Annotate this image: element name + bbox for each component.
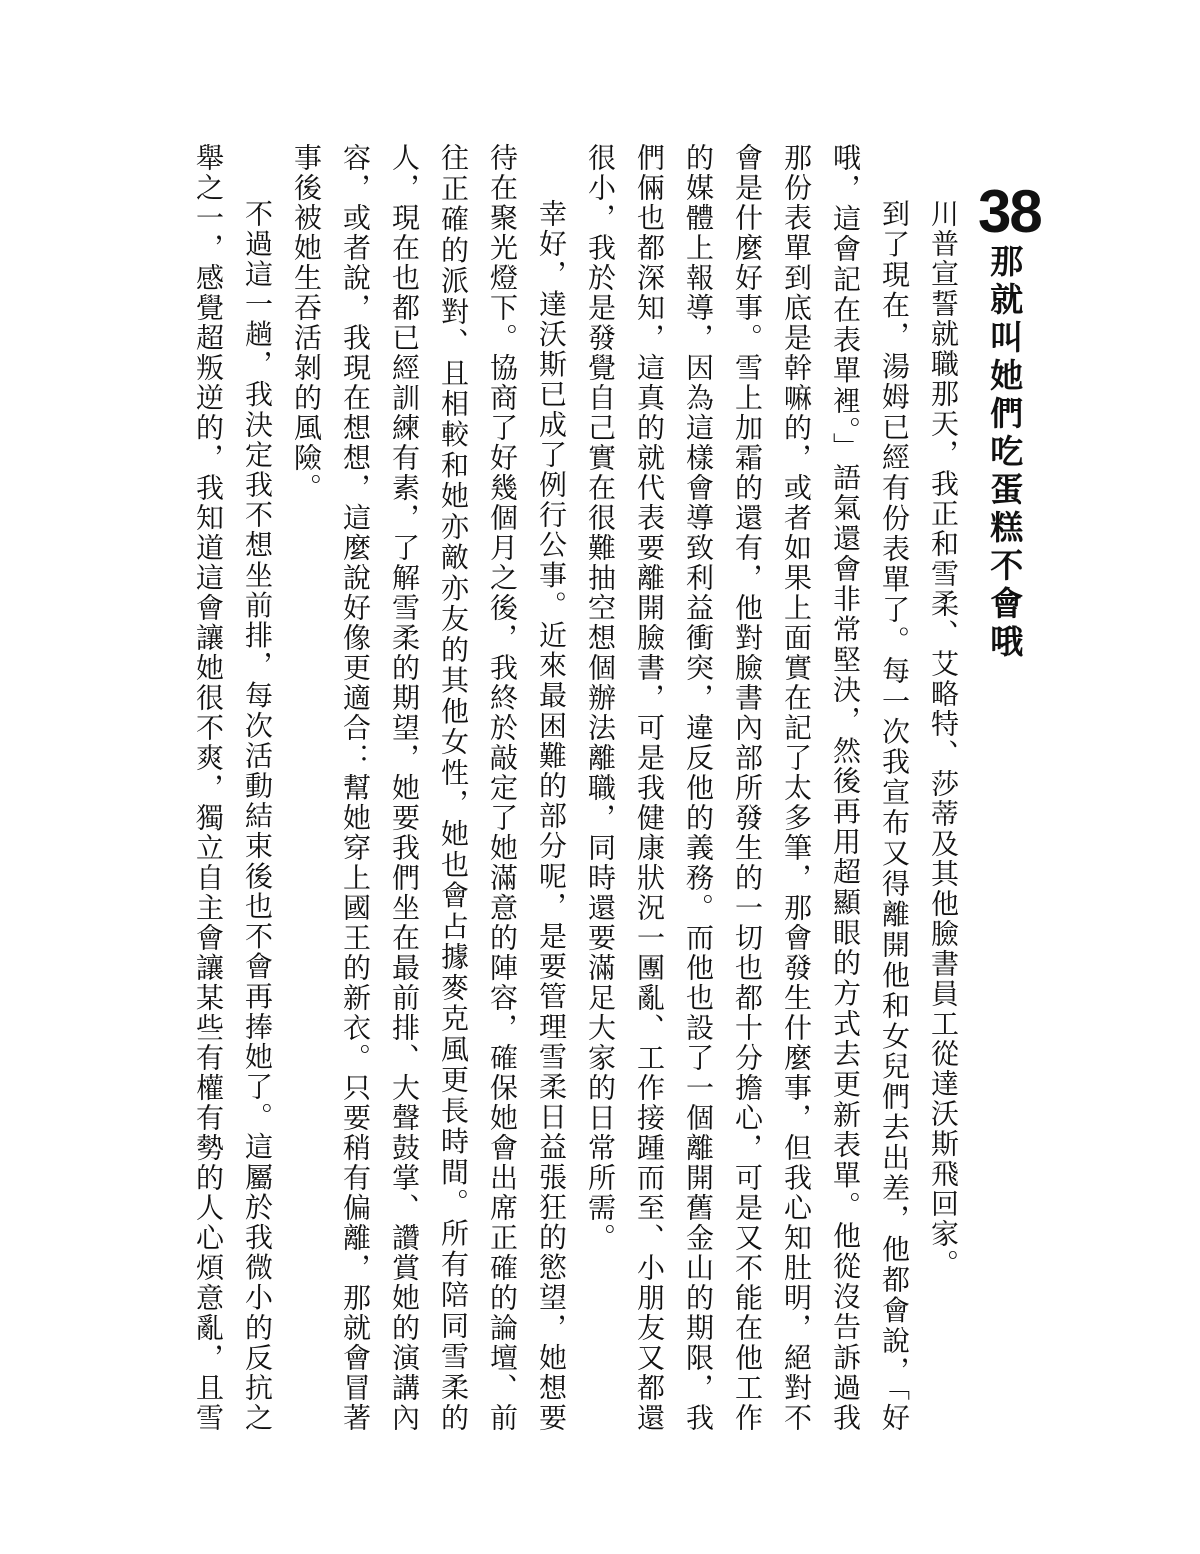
book-page: 38 那就叫她們吃蛋糕不會哦 川普宣誓就職那天，我正和雪柔、艾略特、莎蒂及其他臉… <box>0 0 1200 1554</box>
paragraph-3: 幸好，達沃斯已成了例行公事。近來最困難的部分呢，是要管理雪柔日益張狂的慾望，她想… <box>282 143 576 1433</box>
chapter-title: 那就叫她們吃蛋糕不會哦 <box>984 244 1025 724</box>
paragraph-1: 川普宣誓就職那天，我正和雪柔、艾略特、莎蒂及其他臉書員工從達沃斯飛回家。 <box>919 143 968 1433</box>
chapter-body: 川普宣誓就職那天，我正和雪柔、艾略特、莎蒂及其他臉書員工從達沃斯飛回家。 到了現… <box>184 143 968 1433</box>
chapter-number: 38 <box>978 182 1041 242</box>
paragraph-4: 不過這一趟，我決定我不想坐前排，每次活動結束後也不會再捧她了。這屬於我微小的反抗… <box>184 143 282 1433</box>
paragraph-2: 到了現在，湯姆已經有份表單了。每一次我宣布又得離開他和女兒們去出差，他都會說，「… <box>576 143 919 1433</box>
